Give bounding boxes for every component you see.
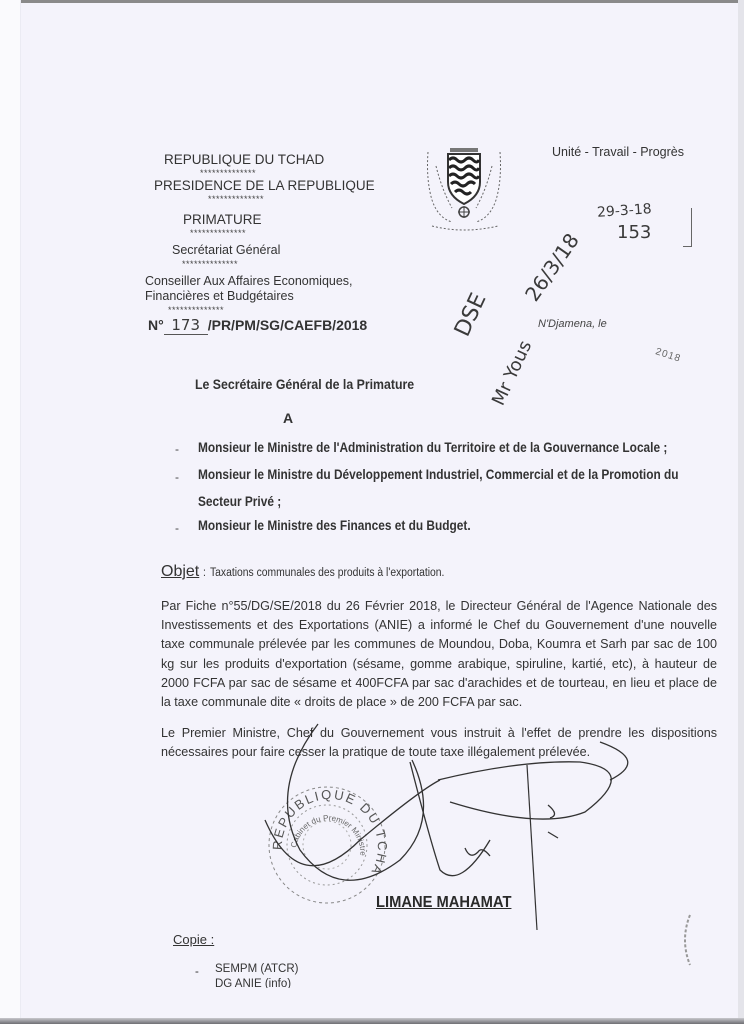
copy-item: SEMPM (ATCR) [215, 963, 298, 975]
bullet: - [195, 966, 199, 978]
copy-item: DG ANIE (info) [215, 978, 291, 988]
signature-strokes [0, 0, 744, 1024]
copy-label: Copie : [173, 932, 214, 947]
signer-name: LIMANE MAHAMAT [376, 894, 511, 912]
